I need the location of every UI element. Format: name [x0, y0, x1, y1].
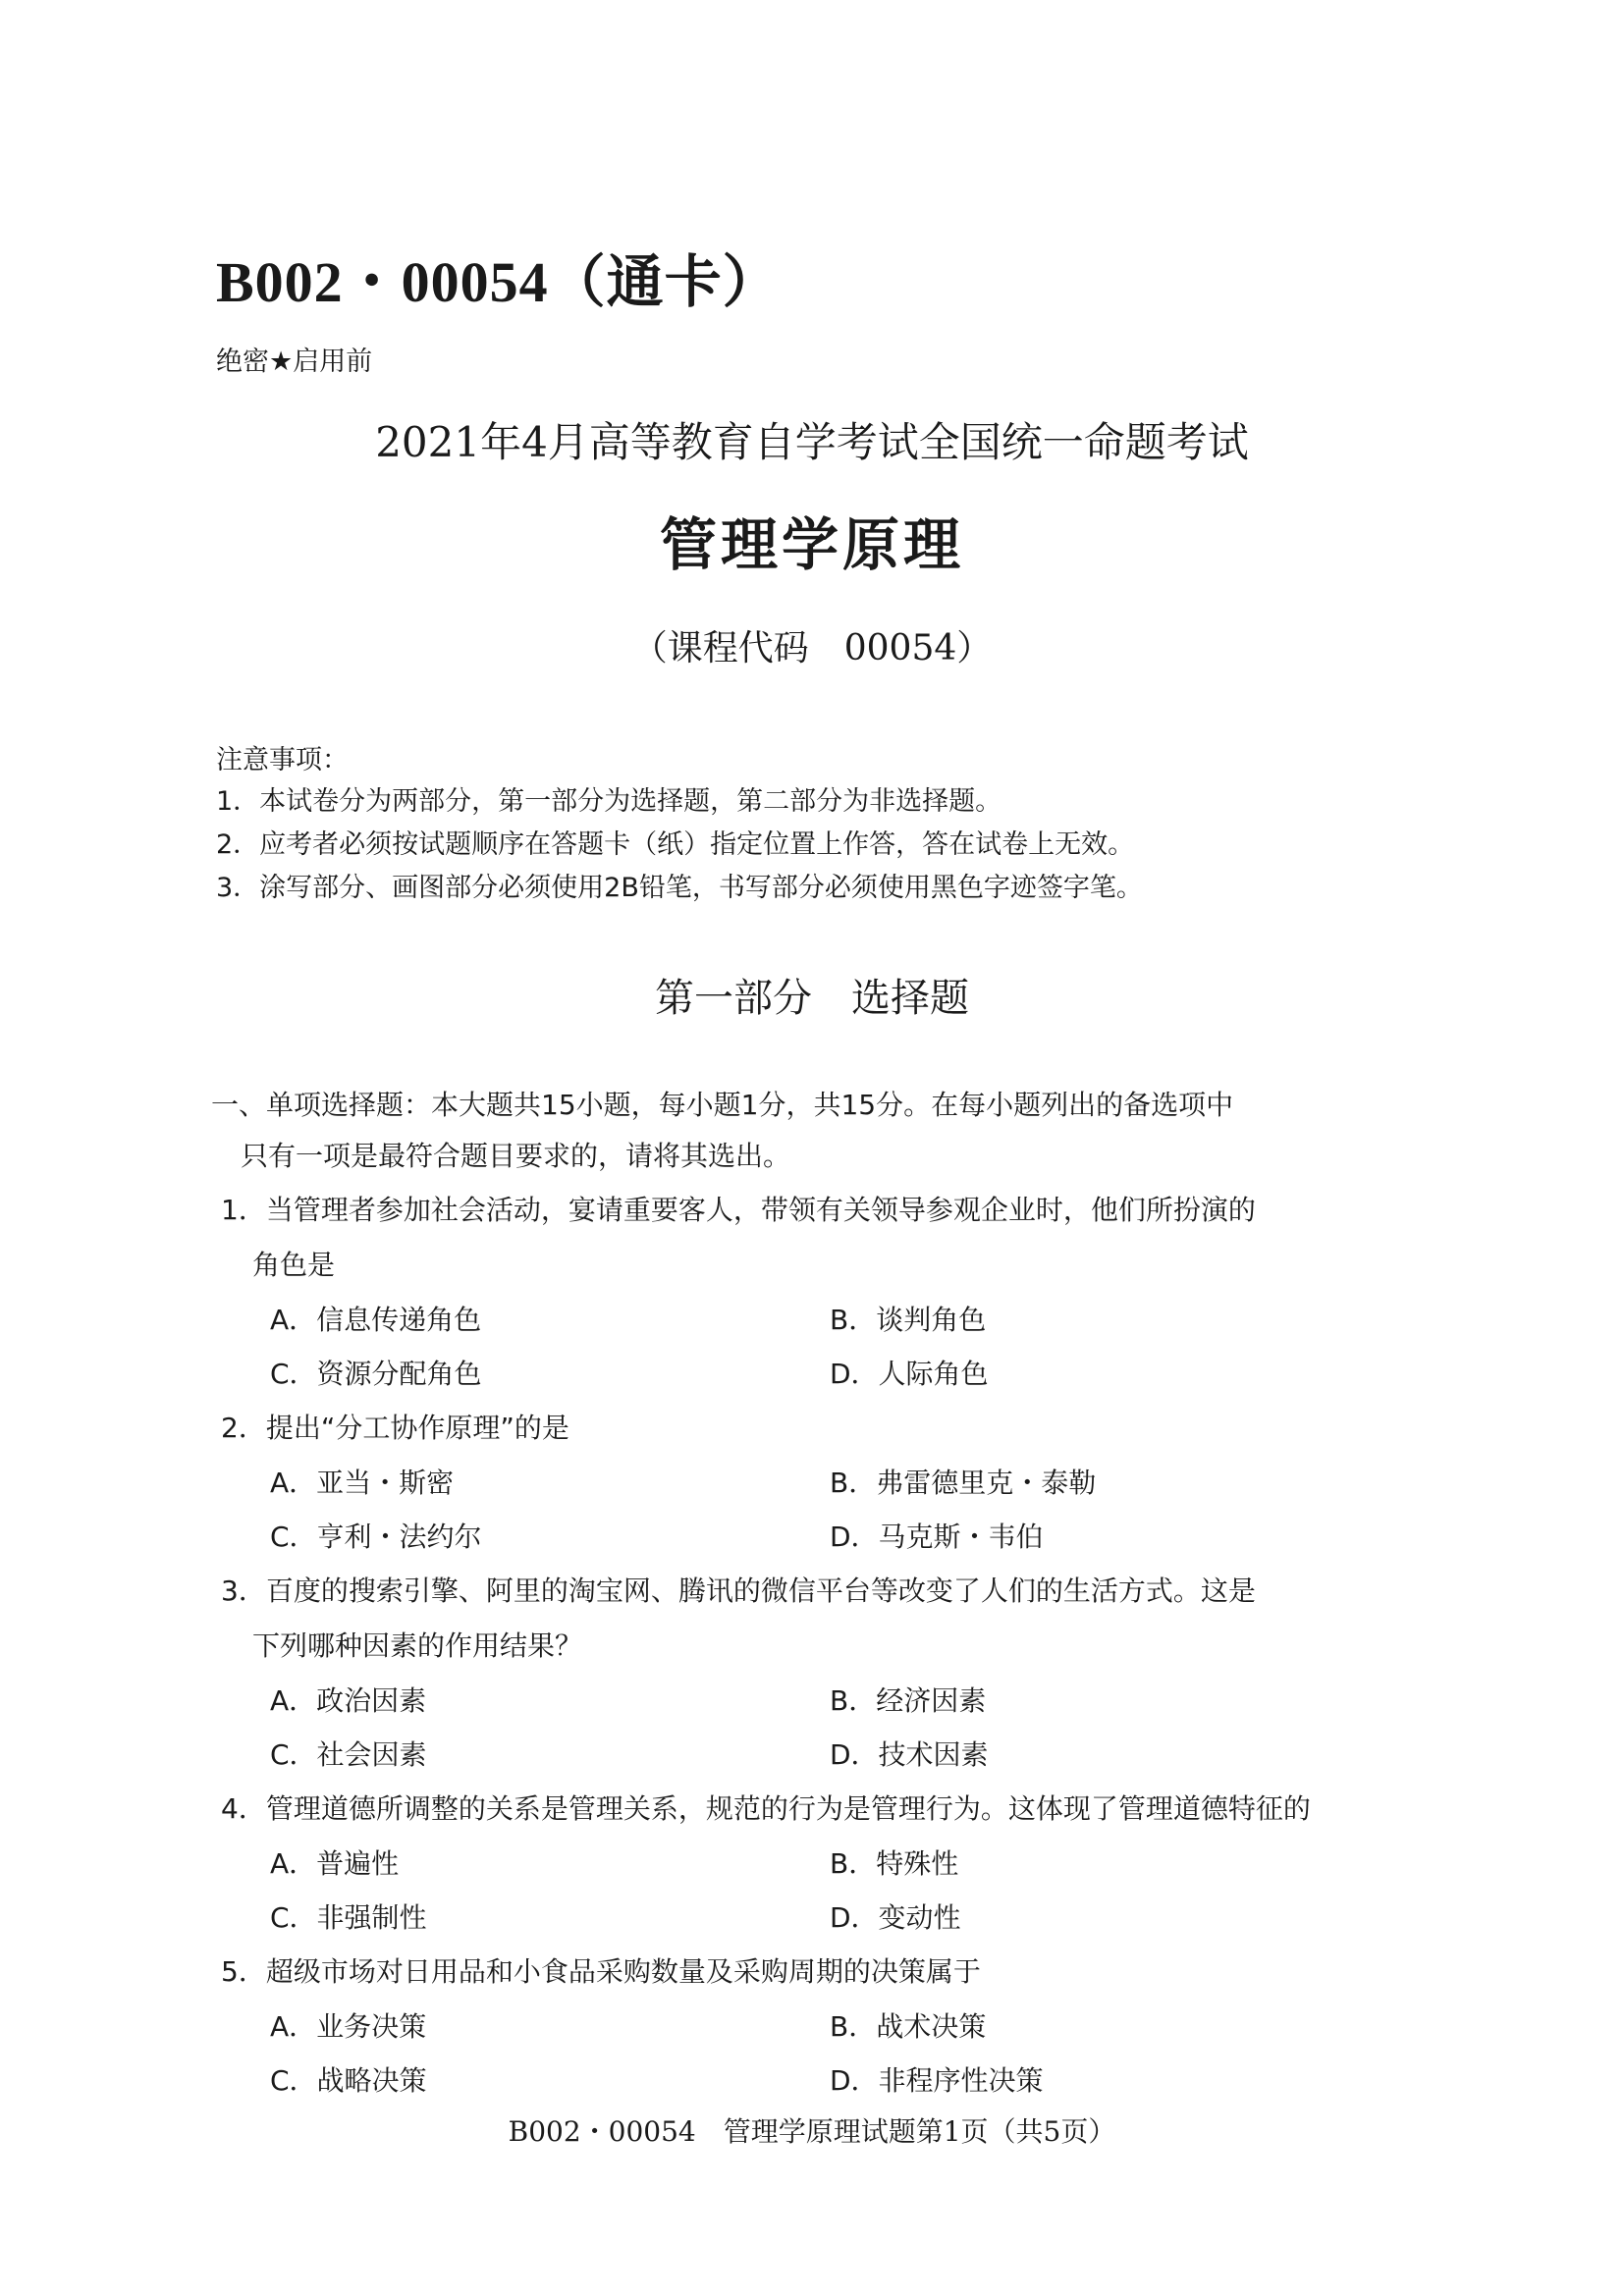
option-b: B．弗雷德里克・泰勒 [830, 1456, 1222, 1510]
option-a: A．亚当・斯密 [270, 1456, 830, 1510]
option-a: A．普遍性 [270, 1837, 830, 1891]
question: 5．超级市场对日用品和小食品采购数量及采购周期的决策属于 A．业务决策 B．战术… [221, 1945, 1311, 2108]
option-b: B．谈判角色 [830, 1293, 1222, 1347]
option-d: D．马克斯・韦伯 [830, 1510, 1222, 1564]
option-a: A．信息传递角色 [270, 1293, 830, 1347]
section-line: 一、单项选择题：本大题共15小题，每小题1分，共15分。在每小题列出的备选项中 [211, 1080, 1233, 1131]
option-a: A．业务决策 [270, 2000, 830, 2054]
question: 3．百度的搜索引擎、阿里的淘宝网、腾讯的微信平台等改变了人们的生活方式。这是 下… [221, 1564, 1311, 1782]
notes-title: 注意事项： [216, 738, 349, 776]
course-code: （课程代码 00054） [0, 620, 1624, 670]
stem-line: 3．百度的搜索引擎、阿里的淘宝网、腾讯的微信平台等改变了人们的生活方式。这是 [221, 1564, 1311, 1619]
options: A．普遍性 B．特殊性 C．非强制性 D．变动性 [221, 1837, 1311, 1945]
option-c: C．亨利・法约尔 [270, 1510, 830, 1564]
section-instructions: 一、单项选择题：本大题共15小题，每小题1分，共15分。在每小题列出的备选项中 … [211, 1080, 1233, 1182]
options: A．信息传递角色 B．谈判角色 C．资源分配角色 D．人际角色 [221, 1293, 1311, 1401]
option-c: C．资源分配角色 [270, 1347, 830, 1401]
question: 2．提出“分工协作原理”的是 A．亚当・斯密 B．弗雷德里克・泰勒 C．亨利・法… [221, 1401, 1311, 1564]
option-b: B．特殊性 [830, 1837, 1222, 1891]
question: 1．当管理者参加社会活动，宴请重要客人，带领有关领导参观企业时，他们所扮演的 角… [221, 1183, 1311, 1401]
option-d: D．人际角色 [830, 1347, 1222, 1401]
option-c: C．战略决策 [270, 2054, 830, 2108]
question-stem: 5．超级市场对日用品和小食品采购数量及采购周期的决策属于 [221, 1945, 1311, 2000]
option-a: A．政治因素 [270, 1674, 830, 1728]
stem-line: 下列哪种因素的作用结果？ [221, 1619, 1311, 1674]
question-stem: 4．管理道德所调整的关系是管理关系，规范的行为是管理行为。这体现了管理道德特征的 [221, 1782, 1311, 1837]
page-footer: B002・00054 管理学原理试题第1页（共5页） [0, 2110, 1624, 2150]
stem-line: 2．提出“分工协作原理”的是 [221, 1401, 1311, 1456]
stem-line: 4．管理道德所调整的关系是管理关系，规范的行为是管理行为。这体现了管理道德特征的 [221, 1782, 1311, 1837]
exam-title: 2021年4月高等教育自学考试全国统一命题考试 [0, 410, 1624, 469]
question-list: 1．当管理者参加社会活动，宴请重要客人，带领有关领导参观企业时，他们所扮演的 角… [221, 1183, 1311, 2108]
stem-line: 1．当管理者参加社会活动，宴请重要客人，带领有关领导参观企业时，他们所扮演的 [221, 1183, 1311, 1238]
confidentiality-label: 绝密★启用前 [216, 340, 372, 378]
note-item: 3．涂写部分、画图部分必须使用2B铅笔，书写部分必须使用黑色字迹签字笔。 [216, 867, 1143, 910]
stem-line: 5．超级市场对日用品和小食品采购数量及采购周期的决策属于 [221, 1945, 1311, 2000]
options: A．业务决策 B．战术决策 C．战略决策 D．非程序性决策 [221, 2000, 1311, 2108]
options: A．亚当・斯密 B．弗雷德里克・泰勒 C．亨利・法约尔 D．马克斯・韦伯 [221, 1456, 1311, 1564]
question-stem: 2．提出“分工协作原理”的是 [221, 1401, 1311, 1456]
option-b: B．经济因素 [830, 1674, 1222, 1728]
option-c: C．非强制性 [270, 1891, 830, 1945]
note-item: 1．本试卷分为两部分，第一部分为选择题，第二部分为非选择题。 [216, 780, 1143, 824]
option-d: D．技术因素 [830, 1728, 1222, 1782]
option-c: C．社会因素 [270, 1728, 830, 1782]
question-stem: 3．百度的搜索引擎、阿里的淘宝网、腾讯的微信平台等改变了人们的生活方式。这是 下… [221, 1564, 1311, 1674]
option-d: D．非程序性决策 [830, 2054, 1222, 2108]
question: 4．管理道德所调整的关系是管理关系，规范的行为是管理行为。这体现了管理道德特征的… [221, 1782, 1311, 1945]
question-stem: 1．当管理者参加社会活动，宴请重要客人，带领有关领导参观企业时，他们所扮演的 角… [221, 1183, 1311, 1293]
option-d: D．变动性 [830, 1891, 1222, 1945]
part-title: 第一部分 选择题 [0, 967, 1624, 1023]
option-b: B．战术决策 [830, 2000, 1222, 2054]
options: A．政治因素 B．经济因素 C．社会因素 D．技术因素 [221, 1674, 1311, 1782]
stem-line: 角色是 [221, 1238, 1311, 1293]
note-item: 2．应考者必须按试题顺序在答题卡（纸）指定位置上作答，答在试卷上无效。 [216, 824, 1143, 867]
paper-code: B002・00054（通卡） [216, 236, 781, 318]
notes-list: 1．本试卷分为两部分，第一部分为选择题，第二部分为非选择题。 2．应考者必须按试… [216, 780, 1143, 910]
section-line: 只有一项是最符合题目要求的，请将其选出。 [211, 1131, 1233, 1182]
subject-title: 管理学原理 [0, 499, 1624, 581]
